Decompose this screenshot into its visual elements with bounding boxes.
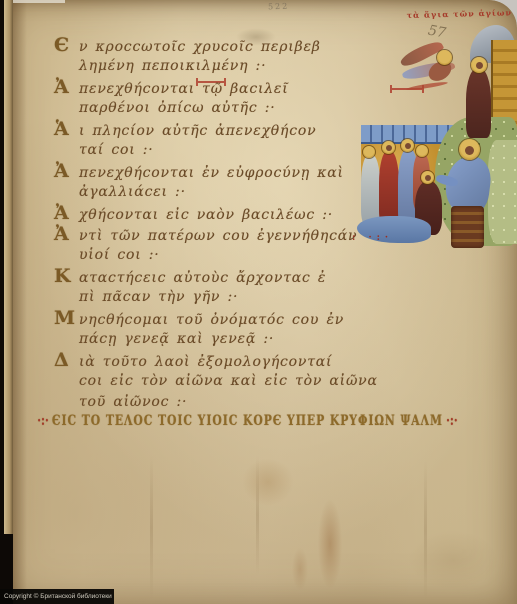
line-text: πενεχθήϲονται τῷ βαϲιλεῖ	[79, 79, 289, 100]
line-text: τοῦ αἰῶνοϲ :·	[79, 392, 187, 413]
text-line: ϲοι εἰϲ τὸν αἰῶνα καὶ εἰϲ τὸν αἰῶνα	[54, 371, 390, 392]
line-text: ι πληϲίον αὐτῆϲ ἀπενεχθήϲον	[79, 121, 316, 142]
christ-face	[465, 146, 474, 155]
illuminated-initial: Κ	[54, 266, 79, 287]
underlying-page-edge	[4, 0, 13, 604]
figure-halo	[416, 145, 428, 157]
text-line: υἱοί ϲοι :·	[54, 245, 390, 266]
text-line: Ἀπενεχθήϲονται τῷ βαϲιλεῖ	[54, 77, 390, 98]
text-line: Καταϲτήϲειϲ αὐτοὺϲ ἄρχονταϲ ἐ	[54, 266, 390, 287]
parchment-crease	[150, 455, 153, 600]
text-line: πὶ πᾶϲαν τὴν γῆν :·	[54, 287, 390, 308]
manuscript-photo: 522 57 τὰ ἅγια τῶν ἁγίων Єν κροϲϲωτοῖϲ χ…	[0, 0, 517, 604]
text-line: Ἀχθήϲονται εἰϲ ναὸν βαϲιλέωϲ :·	[54, 203, 390, 224]
text-line: λημένη πεποικιλμένη :·	[54, 56, 390, 77]
miniature-figure	[361, 155, 380, 225]
figure-face	[405, 143, 411, 149]
illuminated-initial: Ἀ	[54, 203, 79, 224]
parchment-stain	[242, 458, 294, 506]
line-text: υἱοί ϲοι :·	[79, 245, 160, 266]
parchment-crease	[424, 460, 427, 600]
text-line: ἀγαλλιάϲει :·	[54, 182, 390, 203]
text-line: Ἀντὶ τῶν πατέρων ϲου ἐγεννήθηϲάν	[54, 224, 390, 245]
psalm-title-line: ·:·ЄΙC ΤΟ ΤΕΛΟC ΤΟΙC ΥΙΟΙC ΚΟΡЄ ΥΠΕΡ ΚΡΥ…	[34, 413, 378, 429]
text-line: Ἀπενεχθήϲονται ἐν εὐφροϲύνῃ καὶ	[54, 161, 390, 182]
line-text: ιὰ τοῦτο λαοὶ ἐξομολογήϲονταί	[79, 352, 332, 373]
parchment-crease	[256, 455, 259, 575]
copyright-bar: Copyright © Британской библиотеки	[0, 589, 114, 604]
text-line: τοῦ αἰῶνοϲ :·	[54, 392, 390, 413]
illuminated-initial: Ἀ	[54, 161, 79, 182]
line-text: νηϲθήϲομαι τοῦ ὀνόματόϲ ϲου ἐν	[79, 310, 344, 331]
page-edge-sliver	[13, 0, 65, 3]
red-rubric-title: τὰ ἅγια τῶν ἁγίων	[382, 7, 512, 20]
parchment-stain	[408, 530, 498, 590]
text-line: Ἁι πληϲίον αὐτῆϲ ἀπενεχθήϲον	[54, 119, 390, 140]
miniature-pedestal	[451, 206, 484, 248]
line-text: αταϲτήϲειϲ αὐτοὺϲ ἄρχονταϲ ἐ	[79, 268, 326, 289]
title-text: ЄΙC ΤΟ ΤΕΛΟC ΤΟΙC ΥΙΟΙC ΚΟΡЄ ΥΠΕΡ ΚΡΥΦΙΩ…	[52, 413, 443, 429]
saint-face	[476, 62, 483, 69]
illuminated-initial: Є	[54, 35, 79, 56]
line-text: ν κροϲϲωτοῖϲ χρυϲοῖϲ περιβεβ	[79, 37, 321, 58]
line-text: ντὶ τῶν πατέρων ϲου ἐγεννήθηϲάν	[79, 226, 357, 247]
standing-saint-figure	[466, 68, 491, 138]
parchment-page: 522 57 τὰ ἅγια τῶν ἁγίων Єν κροϲϲωτοῖϲ χ…	[0, 0, 517, 604]
red-dot-marks: : ·:·	[352, 233, 436, 247]
text-line: Єν κροϲϲωτοῖϲ χρυϲοῖϲ περιβεβ	[54, 35, 390, 56]
text-line: Διὰ τοῦτο λαοὶ ἐξομολογήϲονταί	[54, 350, 390, 371]
text-line: πάϲῃ γενεᾷ καὶ γενεᾷ :·	[54, 329, 390, 350]
line-text: χθήϲονται εἰϲ ναὸν βαϲιλέωϲ :·	[79, 205, 333, 226]
figure-face	[425, 175, 431, 181]
parchment-stain	[292, 548, 308, 590]
illuminated-initial: Δ	[54, 350, 79, 371]
text-line: ταί ϲοι :·	[54, 140, 390, 161]
line-text: πάϲῃ γενεᾷ καὶ γενεᾷ :·	[79, 329, 274, 350]
title-ornament-right: ·:·	[446, 413, 458, 429]
line-text: ϲοι εἰϲ τὸν αἰῶνα καὶ εἰϲ τὸν αἰῶνα	[79, 371, 378, 392]
parchment-stain	[318, 500, 342, 588]
illuminated-initial: Μ	[54, 308, 79, 329]
miniature-foliage	[488, 140, 517, 244]
line-text: ταί ϲοι :·	[79, 140, 154, 161]
figure-halo	[363, 146, 375, 158]
angel-halo	[437, 50, 452, 65]
red-brushstroke	[406, 81, 448, 92]
text-line: Μνηϲθήϲομαι τοῦ ὀνόματόϲ ϲου ἐν	[54, 308, 390, 329]
illuminated-initial: Ἀ	[54, 224, 79, 245]
line-text: πενεχθήϲονται ἐν εὐφροϲύνῃ καὶ	[79, 163, 344, 184]
line-text: λημένη πεποικιλμένη :·	[79, 56, 266, 77]
line-text: ἀγαλλιάϲει :·	[79, 182, 186, 203]
psalm-text-block: Єν κροϲϲωτοῖϲ χρυϲοῖϲ περιβεβ λημένη πεπ…	[54, 35, 390, 413]
folio-number: 57	[427, 23, 447, 42]
illuminated-initial: Ἀ	[54, 77, 79, 98]
figure-face	[386, 145, 392, 151]
text-line: παρθένοι ὀπίϲω αὐτῆϲ :·	[54, 98, 390, 119]
gutter-shadow	[13, 0, 27, 604]
illuminated-initial: Ἁ	[54, 119, 79, 140]
pencil-shelfmark: 522	[268, 2, 290, 12]
line-text: πὶ πᾶϲαν τὴν γῆν :·	[79, 287, 238, 308]
title-ornament-left: ·:·	[37, 413, 49, 429]
line-text: παρθένοι ὀπίϲω αὐτῆϲ :·	[79, 98, 276, 119]
